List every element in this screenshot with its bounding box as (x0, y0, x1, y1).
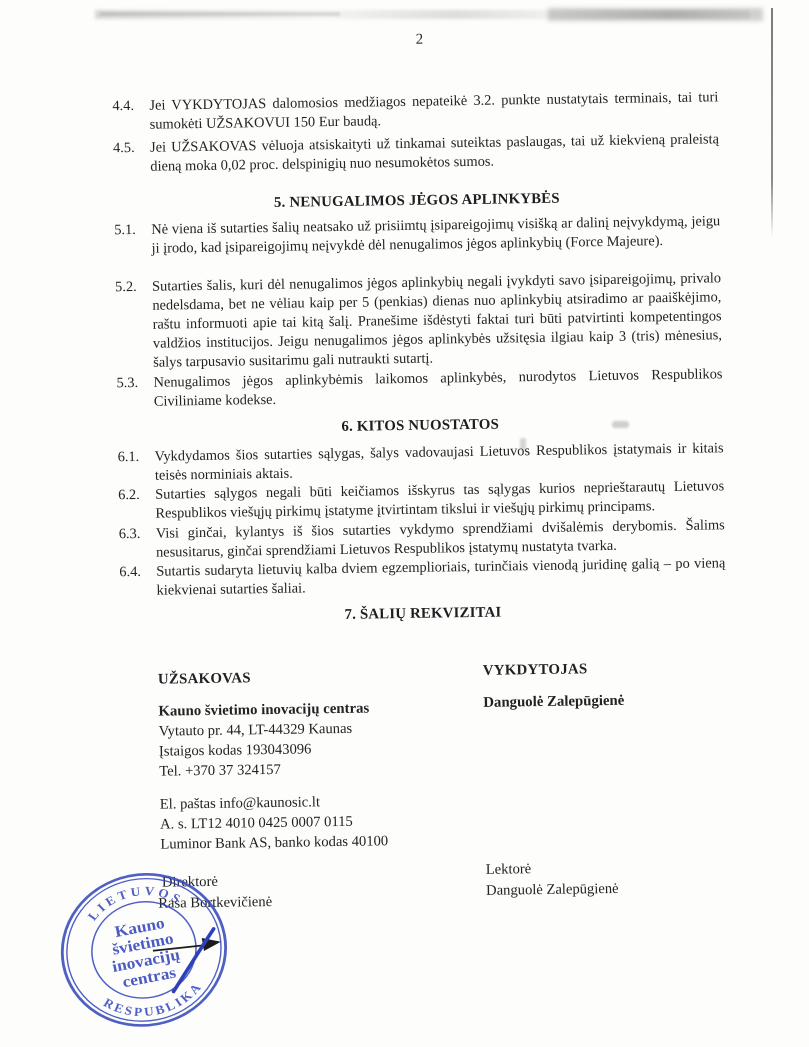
clause-5-2: 5.2. Sutarties šalis, kuri dėl nenugalim… (115, 269, 722, 373)
clause-number: 6.3. (119, 525, 157, 564)
page-number: 2 (0, 25, 809, 55)
client-email: El. paštas info@kaunosic.lt (160, 794, 320, 813)
clause-5-1: 5.1. Nė viena iš sutarties šalių neatsak… (114, 212, 720, 259)
section-6-heading: 6. KITOS NUOSTATOS (117, 411, 723, 440)
clause-text: Nenugalimos jėgos aplinkybėmis laikomos … (153, 365, 723, 411)
clause-text: Sutarties šalis, kuri dėl nenugalimos jė… (152, 269, 722, 372)
clause-number: 6.1. (117, 448, 155, 487)
clause-number: 4.5. (113, 139, 151, 178)
clause-5-3: 5.3. Nenugalimos jėgos aplinkybėmis laik… (116, 365, 722, 412)
clause-4-5: 4.5. Jei UŽSAKOVAS vėluoja atsiskaityti … (113, 130, 719, 177)
scanned-contract-page: 2 4.4. Jei VYKDYTOJAS dalomosios medžiag… (0, 0, 809, 1047)
client-bank-name: Luminor Bank AS, banko kodas 40100 (160, 833, 388, 853)
clause-text: Nė viena iš sutarties šalių neatsako už … (151, 212, 721, 258)
clause-number: 5.3. (116, 374, 154, 413)
handwritten-signature (144, 917, 265, 1009)
client-company-code: Įstaigos kodas 193043096 (159, 741, 312, 760)
client-role-label: UŽSAKOVAS (158, 670, 251, 688)
clause-number: 6.4. (119, 563, 157, 602)
section-7-heading: 7. ŠALIŲ REKVIZITAI (120, 599, 726, 628)
clause-4-4: 4.4. Jei VYKDYTOJAS dalomosios medžiagos… (112, 88, 718, 135)
clause-text: Sutartis sudaryta lietuvių kalba dviem e… (156, 554, 726, 600)
client-bank-account: A. s. LT12 4010 0425 0007 0115 (160, 814, 353, 834)
client-phone: Tel. +370 37 324157 (159, 762, 281, 781)
clause-6-4: 6.4. Sutartis sudaryta lietuvių kalba dv… (119, 554, 725, 601)
signature-blue-stroke (173, 929, 215, 992)
client-address: Vytauto pr. 44, LT-44329 Kaunas (159, 721, 353, 741)
clause-number: 5.2. (115, 278, 153, 374)
clause-number: 6.2. (118, 486, 156, 525)
clause-number: 5.1. (114, 221, 152, 260)
contractor-role-label: VYKDYTOJAS (483, 661, 588, 680)
section-5-heading: 5. NENUGALIMOS JĖGOS APLINKYBĖS (114, 186, 720, 215)
client-name: Kauno švietimo inovacijų centras (158, 701, 369, 721)
clause-text: Jei UŽSAKOVAS vėluoja atsiskaityti už ti… (150, 130, 720, 176)
right-signature-title: Lektorė (486, 861, 532, 879)
clause-text: Jei VYKDYTOJAS dalomosios medžiagos nepa… (149, 88, 719, 134)
contractor-name: Danguolė Zalepūgienė (483, 693, 624, 712)
right-signature-name: Danguolė Zalepūgienė (486, 881, 619, 900)
clause-number: 4.4. (112, 97, 150, 136)
